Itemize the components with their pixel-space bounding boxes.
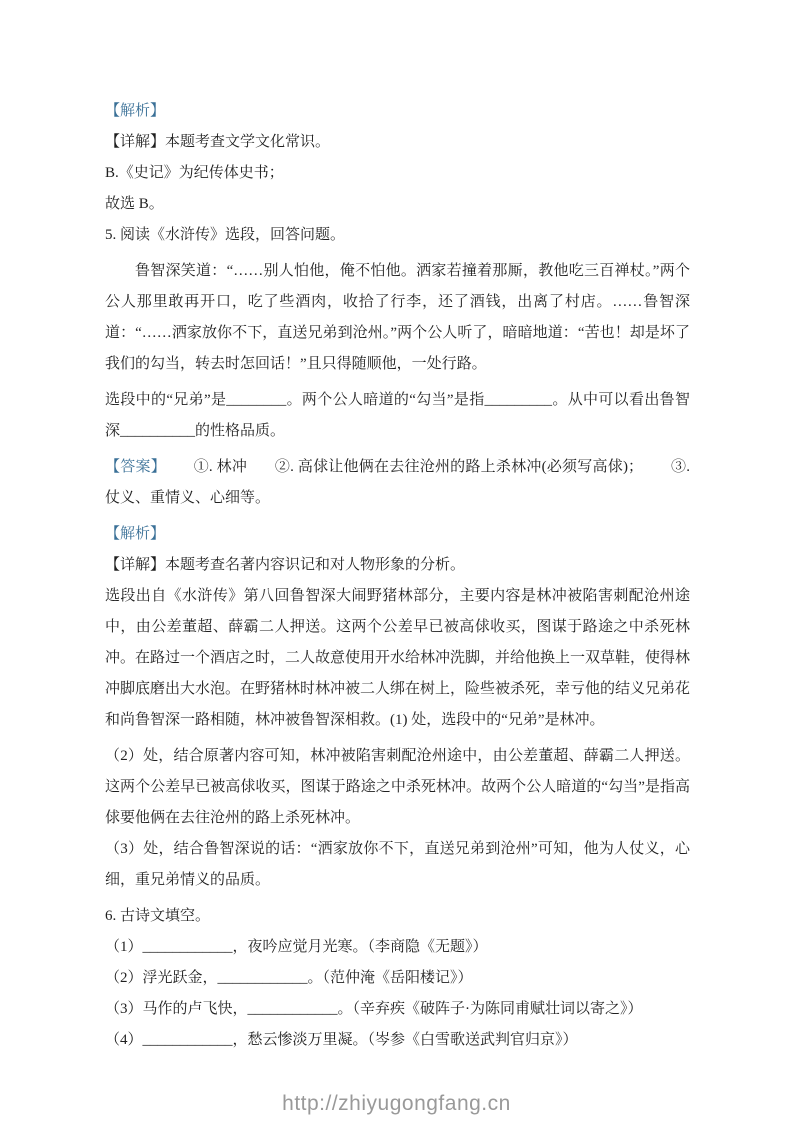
q6-title: 6. 古诗文填空。 <box>105 901 690 932</box>
q6-item-3: （3）马作的卢飞快，____________。（辛弃疾《破阵子·为陈同甫赋壮词以… <box>105 994 690 1025</box>
q4-detail-text: 【详解】本题考查文学文化常识。 <box>105 127 690 158</box>
q5-fill-in-question: 选段中的“兄弟”是________。两个公人暗道的“勾当”是指_________… <box>105 385 690 447</box>
q6-item-4: （4）____________，愁云惨淡万里凝。（岑参《白雪歌送武判官归京》） <box>105 1025 690 1056</box>
q4-conclusion: 故选 B。 <box>105 189 690 220</box>
q5-analysis-paragraph-3: （3）处，结合鲁智深说的话：“洒家放你不下，直送兄弟到沧州”可知，他为人仗义，心… <box>105 834 690 896</box>
answer-label: 【答案】 <box>105 459 166 475</box>
analysis-label: 【解析】 <box>105 103 165 119</box>
page-footer: http://zhiyugongfang.cn <box>0 1088 793 1119</box>
q5-analysis-paragraph-2: （2）处，结合原著内容可知，林冲被陷害刺配沧州途中，由公差董超、薛霸二人押送。这… <box>105 741 690 834</box>
q5-answer-line: 【答案】①. 林冲②. 高俅让他俩在去往沧州的路上杀林冲(必须写高俅)；③. 仗… <box>105 452 690 514</box>
q5-analysis-label-line: 【解析】 <box>105 519 690 550</box>
page-content: 【解析】 【详解】本题考查文学文化常识。 B.《史记》为纪传体史书； 故选 B。… <box>0 96 793 1056</box>
analysis-label: 【解析】 <box>105 526 165 542</box>
q5-block: 5. 阅读《水浒传》选段，回答问题。 鲁智深笑道：“……别人怕他，俺不怕他。洒家… <box>105 220 690 896</box>
q6-item-2: （2）浮光跃金，____________。（范仲淹《岳阳楼记》） <box>105 963 690 994</box>
q5-passage: 鲁智深笑道：“……别人怕他，俺不怕他。洒家若撞着那厮，教他吃三百禅杖。”两个公人… <box>105 256 690 380</box>
answer-item-1: ①. 林冲 <box>194 459 247 475</box>
q5-analysis-paragraph-1: 选段出自《水浒传》第八回鲁智深大闹野猪林部分，主要内容是林冲被陷害刺配沧州途中，… <box>105 581 690 736</box>
q4-analysis-label-line: 【解析】 <box>105 96 690 127</box>
q4-analysis-block: 【解析】 【详解】本题考查文学文化常识。 B.《史记》为纪传体史书； 故选 B。 <box>105 96 690 220</box>
q5-title: 5. 阅读《水浒传》选段，回答问题。 <box>105 220 690 251</box>
q5-detail-text: 【详解】本题考查名著内容识记和对人物形象的分析。 <box>105 550 690 581</box>
q4-option-b-note: B.《史记》为纪传体史书； <box>105 158 690 189</box>
watermark-url: http://zhiyugongfang.cn <box>0 1088 793 1119</box>
q6-block: 6. 古诗文填空。 （1）____________，夜吟应觉月光寒。（李商隐《无… <box>105 901 690 1056</box>
q6-item-1: （1）____________，夜吟应觉月光寒。（李商隐《无题》） <box>105 932 690 963</box>
exam-answer-page: 【解析】 【详解】本题考查文学文化常识。 B.《史记》为纪传体史书； 故选 B。… <box>0 0 793 1122</box>
answer-item-2: ②. 高俅让他俩在去往沧州的路上杀林冲(必须写高俅)； <box>275 459 643 475</box>
